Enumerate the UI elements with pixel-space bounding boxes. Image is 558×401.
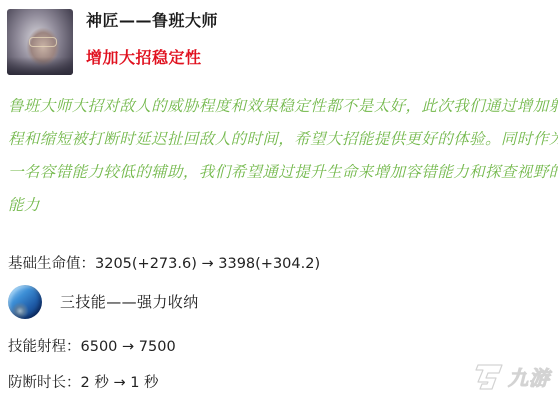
watermark-text: 九游 [508, 362, 550, 391]
skill-header: 三技能——强力收纳 [8, 285, 199, 319]
skill-3-icon [8, 285, 42, 319]
description-line: 程和缩短被打断时延迟扯回敌人的时间，希望大招能提供更好的体验。同时作为 [8, 123, 528, 156]
change-description: 鲁班大师大招对敌人的威胁程度和效果稳定性都不是太好，此次我们通过增加射 程和缩短… [8, 90, 528, 222]
watermark: 九游 [472, 361, 550, 391]
hero-change-summary: 增加大招稳定性 [86, 48, 218, 68]
interrupt-duration-change: 防断时长：2 秒 → 1 秒 [8, 373, 159, 393]
hero-avatar-icon [7, 9, 73, 75]
description-line: 一名容错能力较低的辅助，我们希望通过提升生命来增加容错能力和探查视野的 [8, 156, 528, 189]
description-line: 能力 [8, 189, 528, 222]
hero-title: 神匠——鲁班大师 [86, 11, 218, 31]
hero-text-block: 神匠——鲁班大师 增加大招稳定性 [86, 9, 218, 68]
base-hp-change: 基础生命值：3205(+273.6) → 3398(+304.2) [8, 254, 320, 274]
skill-name: 三技能——强力收纳 [60, 292, 199, 312]
skill-range-change: 技能射程：6500 → 7500 [8, 337, 176, 357]
jiuyou-logo-icon [472, 361, 506, 391]
description-line: 鲁班大师大招对敌人的威胁程度和效果稳定性都不是太好，此次我们通过增加射 [8, 90, 528, 123]
hero-header: 神匠——鲁班大师 增加大招稳定性 [7, 9, 218, 75]
